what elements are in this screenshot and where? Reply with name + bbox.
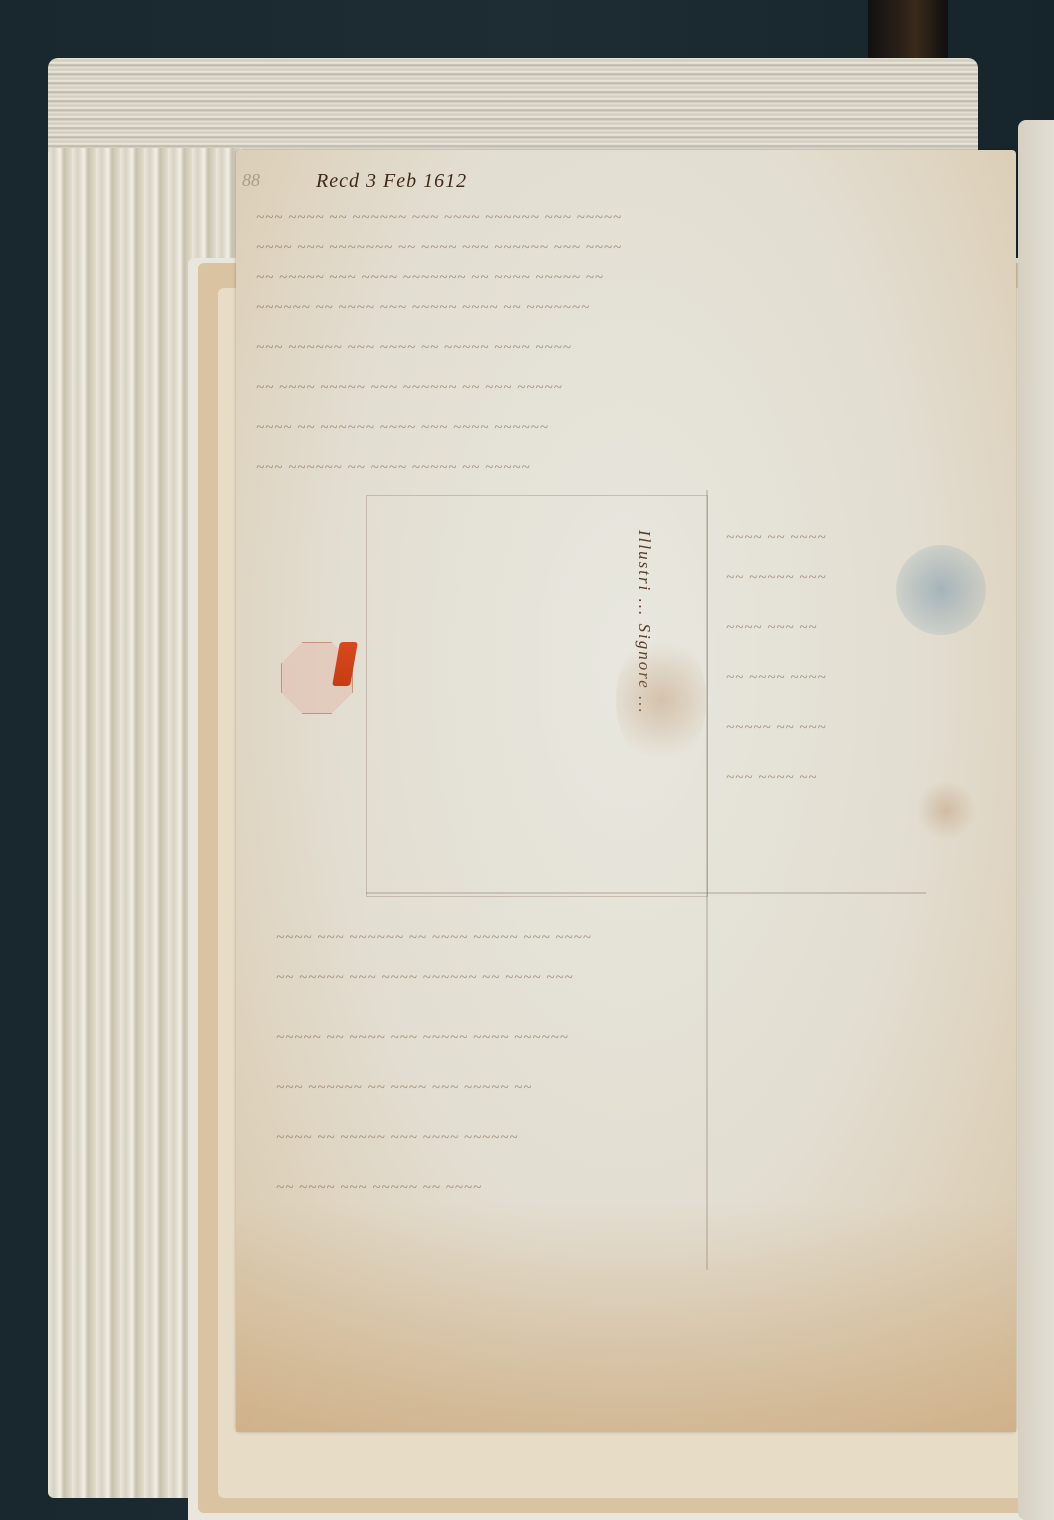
manuscript-letter-page: 88 Recd 3 Feb 1612 ~~~ ~~~~ ~~ ~~~~~~ ~~… xyxy=(236,150,1016,1432)
blue-seal-stain xyxy=(896,545,986,635)
facing-page-edge xyxy=(1018,120,1054,1520)
fold-line-horizontal xyxy=(366,892,926,894)
docket-annotation: Recd 3 Feb 1612 xyxy=(316,170,467,193)
fold-line-vertical xyxy=(706,490,708,1270)
water-stain xyxy=(616,630,706,770)
folio-number: 88 xyxy=(242,170,260,191)
foxing-stain xyxy=(916,780,976,840)
